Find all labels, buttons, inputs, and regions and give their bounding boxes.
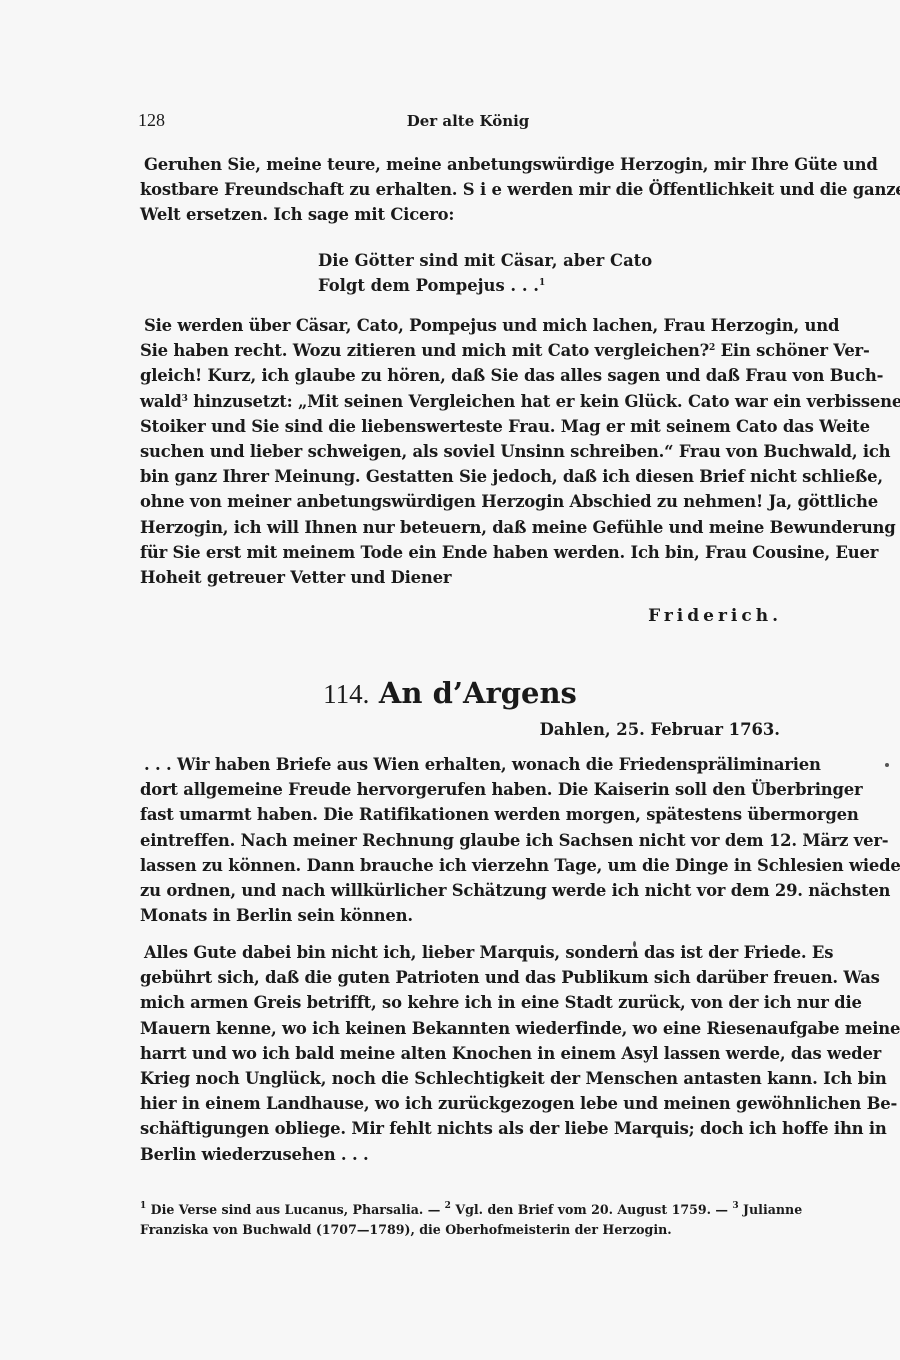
text-line: Krieg noch Unglück, noch die Schlechtigk…	[140, 1066, 800, 1091]
footnote-text: Die Verse sind aus Lucanus, Pharsalia. —	[146, 1202, 444, 1217]
dateline: Dahlen, 25. Februar 1763.	[540, 720, 780, 739]
scan-speck	[633, 941, 636, 947]
text-line: Alles Gute dabei bin nicht ich, lieber M…	[140, 940, 800, 965]
text-span: Sie haben recht. Wozu zitieren und mich …	[140, 341, 709, 360]
text-line: wald3 hinzusetzt: „Mit seinen Vergleiche…	[140, 389, 800, 414]
text-span: hinzusetzt: „Mit seinen Vergleichen hat …	[188, 392, 900, 411]
letter-113-paragraph-2: Sie werden über Cäsar, Cato, Pompejus un…	[140, 313, 800, 590]
letter-114-paragraph-2: Alles Gute dabei bin nicht ich, lieber M…	[140, 940, 800, 1167]
text-line: Berlin wiederzusehen . . .	[140, 1142, 800, 1167]
text-line: hier in einem Landhause, wo ich zurückge…	[140, 1091, 800, 1116]
text-line: Monats in Berlin sein können.	[140, 903, 800, 928]
text-line: Sie werden über Cäsar, Cato, Pompejus un…	[140, 313, 800, 338]
running-title: Der alte König	[138, 112, 798, 130]
footnotes: 1 Die Verse sind aus Lucanus, Pharsalia.…	[140, 1200, 798, 1239]
footnote-text: Julianne	[739, 1202, 803, 1217]
text-line: Herzogin, ich will Ihnen nur beteuern, d…	[140, 515, 800, 540]
scan-speck	[885, 763, 889, 767]
book-page: 128 Der alte König Geruhen Sie, meine te…	[0, 0, 900, 1360]
text-line: Sie haben recht. Wozu zitieren und mich …	[140, 338, 800, 363]
text-line: mich armen Greis betrifft, so kehre ich …	[140, 990, 800, 1015]
text-line: harrt und wo ich bald meine alten Knoche…	[140, 1041, 800, 1066]
text-line: gebührt sich, daß die guten Patrioten un…	[140, 965, 800, 990]
text-line: fast umarmt haben. Die Ratifikationen we…	[140, 802, 800, 827]
text-line: schäftigungen obliege. Mir fehlt nichts …	[140, 1116, 800, 1141]
footnote-ref: 1	[539, 278, 545, 288]
footnote-line: Franziska von Buchwald (1707—1789), die …	[140, 1220, 798, 1240]
verse-text: Folgt dem Pompejus . . .	[318, 276, 539, 295]
letter-recipient: An d’Argens	[379, 676, 577, 710]
text-line: Welt ersetzen. Ich sage mit Cicero:	[140, 202, 800, 227]
text-line: . . . Wir haben Briefe aus Wien erhalten…	[140, 752, 800, 777]
text-line: gleich! Kurz, ich glaube zu hören, daß S…	[140, 363, 800, 388]
letter-number: 114.	[323, 679, 369, 709]
text-line: ohne von meiner anbetungswürdigen Herzog…	[140, 489, 800, 514]
verse-line: Folgt dem Pompejus . . .1	[318, 273, 652, 298]
text-line: für Sie erst mit meinem Tode ein Ende ha…	[140, 540, 800, 565]
text-line: lassen zu können. Dann brauche ich vierz…	[140, 853, 800, 878]
text-line: dort allgemeine Freude hervorgerufen hab…	[140, 777, 800, 802]
text-line: kostbare Freundschaft zu erhalten. S i e…	[140, 177, 800, 202]
text-span: Ein schöner Ver-	[715, 341, 869, 360]
text-line: bin ganz Ihrer Meinung. Gestatten Sie je…	[140, 464, 800, 489]
text-line: Geruhen Sie, meine teure, meine anbetung…	[140, 152, 800, 177]
verse-line: Die Götter sind mit Cäsar, aber Cato	[318, 248, 652, 273]
text-line: Mauern kenne, wo ich keinen Bekannten wi…	[140, 1016, 800, 1041]
footnote-line: 1 Die Verse sind aus Lucanus, Pharsalia.…	[140, 1200, 798, 1220]
text-span: wald	[140, 392, 182, 411]
signature: Friderich.	[648, 606, 782, 626]
text-line: eintreffen. Nach meiner Rechnung glaube …	[140, 828, 800, 853]
letter-heading: 114. An d’Argens	[0, 676, 900, 711]
text-line: zu ordnen, und nach willkürlicher Schätz…	[140, 878, 800, 903]
letter-114-paragraph-1: . . . Wir haben Briefe aus Wien erhalten…	[140, 752, 800, 928]
text-line: suchen und lieber schweigen, als soviel …	[140, 439, 800, 464]
text-line: Hoheit getreuer Vetter und Diener	[140, 565, 800, 590]
verse-quotation: Die Götter sind mit Cäsar, aber Cato Fol…	[318, 248, 652, 298]
letter-113-paragraph-1: Geruhen Sie, meine teure, meine anbetung…	[140, 152, 800, 228]
running-head: 128 Der alte König	[138, 110, 798, 134]
footnote-text: Vgl. den Brief vom 20. August 1759. —	[451, 1202, 732, 1217]
text-line: Stoiker und Sie sind die liebenswerteste…	[140, 414, 800, 439]
